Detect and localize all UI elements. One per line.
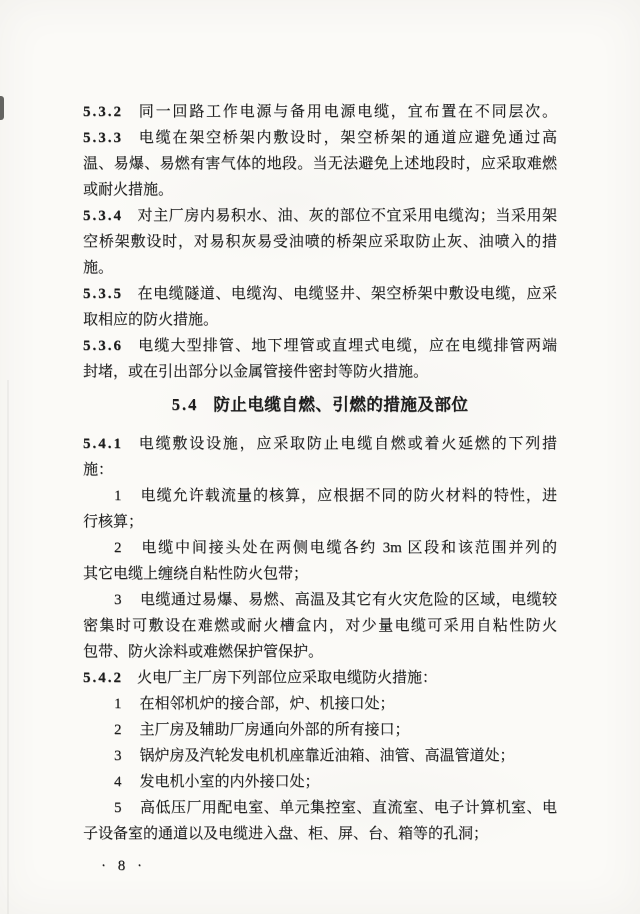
item-line: 包带、防火涂料或难燃保护管保护。 bbox=[83, 639, 557, 665]
clause-number: 5.3.5 bbox=[83, 286, 123, 302]
line-text: 锅炉房及汽轮发电机机座靠近油箱、油管、高温管道处； bbox=[140, 748, 515, 764]
item-number: 4 bbox=[114, 774, 122, 790]
item-line: 密集时可敷设在难燃或耐火槽盒内，对少量电缆可采用自粘性防火 bbox=[83, 613, 557, 639]
clause-line: 5.3.5在电缆隧道、电缆沟、电缆竖井、架空桥架中敷设电缆，应采 bbox=[83, 281, 557, 307]
document-page: 5.3.2同一回路工作电源与备用电源电缆，宜布置在不同层次。5.3.3电缆在架空… bbox=[0, 0, 640, 914]
item-line: 1在相邻机炉的接合部，炉、机接口处； bbox=[83, 691, 557, 717]
item-number: 1 bbox=[114, 488, 122, 504]
item-line: 5高低压厂用配电室、单元集控室、直流室、电子计算机室、电 bbox=[83, 795, 557, 821]
section-heading-text: 防止电缆自燃、引燃的措施及部位 bbox=[213, 395, 468, 414]
clause-line: 5.4.2火电厂主厂房下列部位应采取电缆防火措施： bbox=[83, 665, 557, 691]
item-line: 3锅炉房及汽轮发电机机座靠近油箱、油管、高温管道处； bbox=[83, 743, 557, 769]
item-number: 1 bbox=[114, 696, 122, 712]
item-number: 2 bbox=[114, 722, 122, 738]
item-line: 子设备室的通道以及电缆进入盘、柜、屏、台、箱等的孔洞； bbox=[83, 821, 557, 847]
line-text: 同一回路工作电源与备用电源电缆，宜布置在不同层次。 bbox=[137, 104, 557, 120]
line-text: 在电缆隧道、电缆沟、电缆竖井、架空桥架中敷设电缆，应采 bbox=[137, 286, 557, 302]
item-line: 2主厂房及辅助厂房通向外部的所有接口； bbox=[83, 717, 557, 743]
line-text: 取相应的防火措施。 bbox=[83, 312, 218, 328]
clause-line: 或耐火措施。 bbox=[83, 177, 557, 203]
item-line: 1电缆允许载流量的核算，应根据不同的防火材料的特性，进 bbox=[83, 483, 557, 509]
clause-line: 5.4.1电缆敷设设施，应采取防止电缆自燃或着火延燃的下列措 bbox=[83, 431, 557, 457]
line-text: 子设备室的通道以及电缆进入盘、柜、屏、台、箱等的孔洞； bbox=[83, 826, 488, 842]
line-text: 空桥架敷设时，对易积灰易受油喷的桥架应采取防止灰、油喷入的措 bbox=[83, 234, 557, 250]
item-number: 2 bbox=[114, 540, 122, 556]
line-text: 高低压厂用配电室、单元集控室、直流室、电子计算机室、电 bbox=[140, 800, 558, 816]
line-text: 行核算； bbox=[83, 514, 143, 530]
clause-number: 5.3.3 bbox=[83, 130, 123, 146]
document-body: 5.3.2同一回路工作电源与备用电源电缆，宜布置在不同层次。5.3.3电缆在架空… bbox=[83, 99, 557, 879]
scan-artifact-mark bbox=[0, 96, 4, 120]
line-text: 在相邻机炉的接合部，炉、机接口处； bbox=[140, 696, 395, 712]
clause-line: 5.3.6电缆大型排管、地下埋管或直埋式电缆，应在电缆排管两端 bbox=[83, 333, 557, 359]
line-text: 电缆在架空桥架内敷设时，架空桥架的通道应避免通过高 bbox=[137, 130, 557, 146]
line-text: 电缆通过易爆、易燃、高温及其它有火灾危险的区域，电缆较 bbox=[140, 592, 558, 608]
line-text: 电缆敷设设施，应采取防止电缆自燃或着火延燃的下列措 bbox=[137, 436, 557, 452]
item-line: 2电缆中间接头处在两侧电缆各约 3m 区段和该范围并列的 bbox=[83, 535, 557, 561]
line-text: 电缆大型排管、地下埋管或直埋式电缆，应在电缆排管两端 bbox=[137, 338, 557, 354]
clause-number: 5.4.1 bbox=[83, 436, 123, 452]
line-text: 主厂房及辅助厂房通向外部的所有接口； bbox=[140, 722, 410, 738]
clause-number: 5.3.2 bbox=[83, 104, 123, 120]
clause-line: 空桥架敷设时，对易积灰易受油喷的桥架应采取防止灰、油喷入的措 bbox=[83, 229, 557, 255]
clause-line: 5.3.2同一回路工作电源与备用电源电缆，宜布置在不同层次。 bbox=[83, 99, 557, 125]
line-text: 其它电缆上缠绕自粘性防火包带； bbox=[83, 566, 308, 582]
line-text: 温、易爆、易燃有害气体的地段。当无法避免上述地段时，应采取难燃 bbox=[83, 156, 557, 172]
clause-line: 封堵，或在引出部分以金属管接件密封等防火措施。 bbox=[83, 359, 557, 385]
section-heading: 5.4防止电缆自燃、引燃的措施及部位 bbox=[83, 392, 557, 418]
page-number: · 8 · bbox=[101, 853, 557, 879]
line-text: 电缆中间接头处在两侧电缆各约 3m 区段和该范围并列的 bbox=[140, 540, 558, 556]
clause-number: 5.3.4 bbox=[83, 208, 123, 224]
clause-number: 5.4.2 bbox=[83, 670, 123, 686]
clause-line: 温、易爆、易燃有害气体的地段。当无法避免上述地段时，应采取难燃 bbox=[83, 151, 557, 177]
line-text: 发电机小室的内外接口处； bbox=[140, 774, 320, 790]
clause-line: 5.3.4对主厂房内易积水、油、灰的部位不宜采用电缆沟；当采用架 bbox=[83, 203, 557, 229]
line-text: 封堵，或在引出部分以金属管接件密封等防火措施。 bbox=[83, 364, 428, 380]
clause-number: 5.3.6 bbox=[83, 338, 123, 354]
item-number: 3 bbox=[114, 592, 122, 608]
clause-line: 施： bbox=[83, 457, 557, 483]
item-line: 其它电缆上缠绕自粘性防火包带； bbox=[83, 561, 557, 587]
item-number: 3 bbox=[114, 748, 122, 764]
section-heading-number: 5.4 bbox=[172, 395, 199, 414]
line-text: 或耐火措施。 bbox=[83, 182, 173, 198]
item-line: 4发电机小室的内外接口处； bbox=[83, 769, 557, 795]
item-line: 3电缆通过易爆、易燃、高温及其它有火灾危险的区域，电缆较 bbox=[83, 587, 557, 613]
item-line: 行核算； bbox=[83, 509, 557, 535]
scan-artifact-line bbox=[7, 380, 9, 914]
line-text: 施。 bbox=[83, 260, 113, 276]
line-text: 对主厂房内易积水、油、灰的部位不宜采用电缆沟；当采用架 bbox=[137, 208, 557, 224]
clause-line: 5.3.3电缆在架空桥架内敷设时，架空桥架的通道应避免通过高 bbox=[83, 125, 557, 151]
line-text: 火电厂主厂房下列部位应采取电缆防火措施： bbox=[137, 670, 437, 686]
line-text: 包带、防火涂料或难燃保护管保护。 bbox=[83, 644, 323, 660]
line-text: 电缆允许载流量的核算，应根据不同的防火材料的特性，进 bbox=[140, 488, 558, 504]
clause-line: 施。 bbox=[83, 255, 557, 281]
item-number: 5 bbox=[114, 800, 122, 816]
line-text: 施： bbox=[83, 462, 113, 478]
clause-line: 取相应的防火措施。 bbox=[83, 307, 557, 333]
line-text: 密集时可敷设在难燃或耐火槽盒内，对少量电缆可采用自粘性防火 bbox=[83, 618, 557, 634]
